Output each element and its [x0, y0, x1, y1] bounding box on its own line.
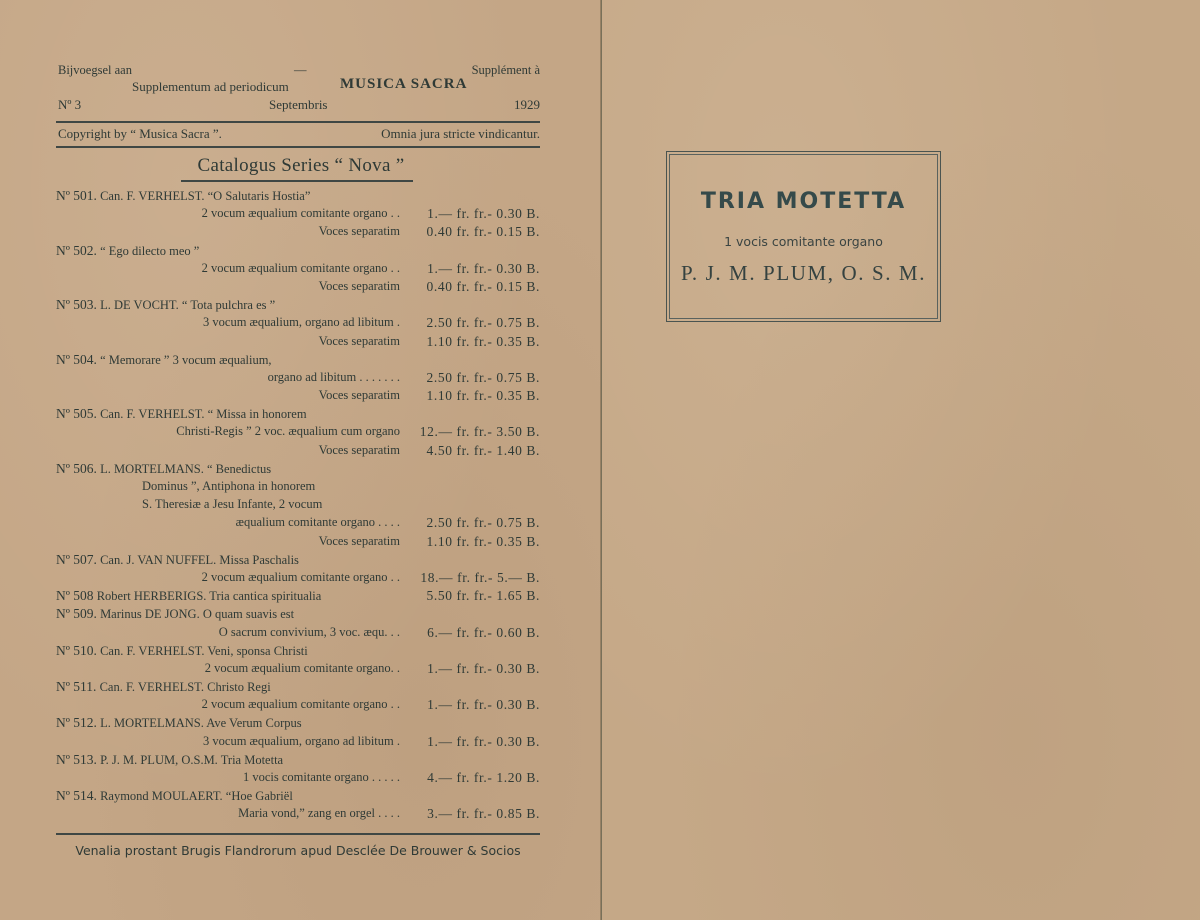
entry-title: Can. F. VERHELST. Christo Regi — [100, 680, 271, 694]
entry-price: 1.10 fr. fr.- 0.35 B. — [427, 534, 540, 550]
entry-number: Nº 506. — [56, 461, 97, 476]
entry-number: Nº 507. — [56, 552, 97, 567]
entry-price: 3.— fr. fr.- 0.85 B. — [427, 806, 540, 822]
catalogue-entry-line: 2 vocum æqualium comitante organo . .1.—… — [56, 261, 540, 279]
issue-year: 1929 — [514, 97, 540, 113]
entry-description: 2 vocum æqualium comitante organo . . — [202, 697, 400, 712]
entry-description: Dominus ”, Antiphona in honorem — [142, 479, 315, 494]
entry-description: Voces separatim — [319, 279, 400, 294]
issue-number: Nº 3 — [58, 97, 81, 113]
entry-description: Voces separatim — [319, 334, 400, 349]
entry-description: 1 vocis comitante organo . . . . . — [243, 770, 400, 785]
entry-price: 18.— fr. fr.- 5.— B. — [420, 570, 540, 586]
entry-description: 2 vocum æqualium comitante organo . . — [202, 261, 400, 276]
catalogue-entry-line: 1 vocis comitante organo . . . . .4.— fr… — [56, 770, 540, 788]
catalogue-entry-line: Christi-Regis ” 2 voc. æqualium cum orga… — [56, 424, 540, 442]
catalogue-entry-head: Nº 505. Can. F. VERHELST. “ Missa in hon… — [56, 406, 540, 424]
catalogue-title: Catalogus Series “ Nova ” — [0, 155, 602, 177]
entry-number: Nº 509. — [56, 606, 97, 621]
entry-number: Nº 504. — [56, 352, 97, 367]
title-box: TRIA MOTETTA 1 vocis comitante organo P.… — [666, 151, 941, 322]
entry-price: 2.50 fr. fr.- 0.75 B. — [427, 370, 540, 386]
publisher-footer: Venalia prostant Brugis Flandrorum apud … — [56, 843, 540, 858]
header-rule-top — [56, 121, 540, 123]
entry-number: Nº 511. — [56, 679, 96, 694]
catalogue-entry-line: 2 vocum æqualium comitante organo . .1.—… — [56, 206, 540, 224]
header-dash: — — [294, 63, 307, 78]
entry-description: Voces separatim — [319, 443, 400, 458]
entry-price: 1.— fr. fr.- 0.30 B. — [427, 206, 540, 222]
header-left-label: Bijvoegsel aan — [58, 63, 132, 78]
header-row-3: Nº 3 Septembris 1929 — [58, 97, 540, 113]
catalogue-entry-line: O sacrum convivium, 3 voc. æqu. . .6.— f… — [56, 625, 540, 643]
catalogue-entry-head: Nº 508 Robert HERBERIGS. Tria cantica sp… — [56, 588, 540, 606]
entry-price: 4.— fr. fr.- 1.20 B. — [427, 770, 540, 786]
entry-description: O sacrum convivium, 3 voc. æqu. . . — [219, 625, 400, 640]
catalogue-entry-line: æqualium comitante organo . . . .2.50 fr… — [56, 515, 540, 533]
catalogue-entry-head: Nº 510. Can. F. VERHELST. Veni, sponsa C… — [56, 643, 540, 661]
entry-description: 3 vocum æqualium, organo ad libitum . — [203, 734, 400, 749]
catalogue-entry-line: Voces separatim1.10 fr. fr.- 0.35 B. — [56, 334, 540, 352]
entry-title: Can. J. VAN NUFFEL. Missa Paschalis — [100, 553, 299, 567]
entry-description: Voces separatim — [319, 534, 400, 549]
entry-number: Nº 510. — [56, 643, 97, 658]
work-author: P. J. M. PLUM, O. S. M. — [670, 261, 937, 286]
catalogue-title-underline — [181, 180, 413, 182]
entry-title: L. MORTELMANS. “ Benedictus — [100, 462, 271, 476]
entry-title: L. MORTELMANS. Ave Verum Corpus — [100, 716, 302, 730]
catalogue-entry-head: Nº 513. P. J. M. PLUM, O.S.M. Tria Motet… — [56, 752, 540, 770]
rights-text: Omnia jura stricte vindicantur. — [381, 126, 540, 142]
entry-title: P. J. M. PLUM, O.S.M. Tria Motetta — [100, 753, 283, 767]
catalogue-entry-line: 2 vocum æqualium comitante organo. .1.— … — [56, 661, 540, 679]
entry-description: Voces separatim — [319, 224, 400, 239]
catalogue-entries: Nº 501. Can. F. VERHELST. “O Salutaris H… — [56, 188, 540, 825]
copyright-row: Copyright by “ Musica Sacra ”. Omnia jur… — [58, 126, 540, 142]
copyright-text: Copyright by “ Musica Sacra ”. — [58, 126, 222, 142]
catalogue-entry-line: Voces separatim1.10 fr. fr.- 0.35 B. — [56, 388, 540, 406]
entry-price: 6.— fr. fr.- 0.60 B. — [427, 625, 540, 641]
entry-description: organo ad libitum . . . . . . . — [268, 370, 400, 385]
entry-number: Nº 503. — [56, 297, 97, 312]
entry-price: 2.50 fr. fr.- 0.75 B. — [427, 315, 540, 331]
entry-price: 2.50 fr. fr.- 0.75 B. — [427, 515, 540, 531]
header-right-label: Supplément à — [472, 63, 540, 78]
catalogue-entry-line: Voces separatim4.50 fr. fr.- 1.40 B. — [56, 443, 540, 461]
catalogue-entry-head: Nº 501. Can. F. VERHELST. “O Salutaris H… — [56, 188, 540, 206]
entry-title: L. DE VOCHT. “ Tota pulchra es ” — [100, 298, 275, 312]
right-page-cover: TRIA MOTETTA 1 vocis comitante organo P.… — [602, 0, 1200, 920]
catalogue-entry-line: Maria vond,” zang en orgel . . . .3.— fr… — [56, 806, 540, 824]
entry-number: Nº 512. — [56, 715, 97, 730]
catalogue-entry-head: Nº 509. Marinus DE JONG. O quam suavis e… — [56, 606, 540, 624]
entry-number: Nº 508 — [56, 588, 94, 603]
entry-description: Voces separatim — [319, 388, 400, 403]
entry-title: Raymond MOULAERT. “Hoe Gabriël — [100, 789, 293, 803]
entry-title: Robert HERBERIGS. Tria cantica spiritual… — [97, 589, 322, 603]
entry-description: 2 vocum æqualium comitante organo . . — [202, 570, 400, 585]
entry-title: Marinus DE JONG. O quam suavis est — [100, 607, 294, 621]
work-subtitle: 1 vocis comitante organo — [670, 234, 937, 249]
entry-title: “ Ego dilecto meo ” — [100, 244, 199, 258]
entry-price: 1.— fr. fr.- 0.30 B. — [427, 734, 540, 750]
periodical-name: MUSICA SACRA — [340, 76, 467, 93]
header-rule-bottom — [56, 146, 540, 148]
entry-price: 1.10 fr. fr.- 0.35 B. — [427, 388, 540, 404]
footer-rule — [56, 833, 540, 835]
entry-price: 0.40 fr. fr.- 0.15 B. — [427, 224, 540, 240]
entry-description: 2 vocum æqualium comitante organo . . — [202, 206, 400, 221]
entry-description: S. Theresiæ a Jesu Infante, 2 vocum — [142, 497, 322, 512]
catalogue-entry-line: 3 vocum æqualium, organo ad libitum .1.—… — [56, 734, 540, 752]
catalogue-entry-line: 2 vocum æqualium comitante organo . .1.—… — [56, 697, 540, 715]
header-row-2: Supplementum ad periodicum MUSICA SACRA — [58, 78, 540, 94]
entry-price: 4.50 fr. fr.- 1.40 B. — [427, 443, 540, 459]
title-box-inner-border: TRIA MOTETTA 1 vocis comitante organo P.… — [669, 154, 938, 319]
entry-number: Nº 502. — [56, 243, 97, 258]
entry-number: Nº 505. — [56, 406, 97, 421]
entry-description: 2 vocum æqualium comitante organo. . — [205, 661, 400, 676]
issue-month: Septembris — [269, 97, 328, 113]
entry-price: 1.— fr. fr.- 0.30 B. — [427, 697, 540, 713]
entry-title: Can. F. VERHELST. “ Missa in honorem — [100, 407, 307, 421]
catalogue-entry-line: Voces separatim0.40 fr. fr.- 0.15 B. — [56, 279, 540, 297]
entry-number: Nº 501. — [56, 188, 97, 203]
entry-title: Can. F. VERHELST. Veni, sponsa Christi — [100, 644, 308, 658]
left-page-catalogue: Bijvoegsel aan — Supplément à Supplement… — [0, 0, 602, 920]
catalogue-entry-line: S. Theresiæ a Jesu Infante, 2 vocum — [56, 497, 540, 515]
entry-description: Christi-Regis ” 2 voc. æqualium cum orga… — [176, 424, 400, 439]
catalogue-entry-head: Nº 512. L. MORTELMANS. Ave Verum Corpus — [56, 715, 540, 733]
catalogue-entry-head: Nº 503. L. DE VOCHT. “ Tota pulchra es ” — [56, 297, 540, 315]
entry-title: Can. F. VERHELST. “O Salutaris Hostia” — [100, 189, 310, 203]
entry-description: æqualium comitante organo . . . . — [236, 515, 400, 530]
entry-description: 3 vocum æqualium, organo ad libitum . — [203, 315, 400, 330]
entry-price: 12.— fr. fr.- 3.50 B. — [420, 424, 540, 440]
catalogue-entry-head: Nº 507. Can. J. VAN NUFFEL. Missa Pascha… — [56, 552, 540, 570]
catalogue-entry-line: 2 vocum æqualium comitante organo . .18.… — [56, 570, 540, 588]
catalogue-entry-head: Nº 514. Raymond MOULAERT. “Hoe Gabriël — [56, 788, 540, 806]
entry-number: Nº 513. — [56, 752, 97, 767]
catalogue-entry-head: Nº 506. L. MORTELMANS. “ Benedictus — [56, 461, 540, 479]
entry-price: 5.50 fr. fr.- 1.65 B. — [427, 588, 540, 604]
catalogue-entry-line: organo ad libitum . . . . . . .2.50 fr. … — [56, 370, 540, 388]
header-subtitle: Supplementum ad periodicum — [132, 79, 289, 95]
catalogue-entry-line: 3 vocum æqualium, organo ad libitum .2.5… — [56, 315, 540, 333]
entry-description: Maria vond,” zang en orgel . . . . — [238, 806, 400, 821]
entry-number: Nº 514. — [56, 788, 97, 803]
catalogue-entry-head: Nº 511. Can. F. VERHELST. Christo Regi — [56, 679, 540, 697]
entry-price: 1.— fr. fr.- 0.30 B. — [427, 261, 540, 277]
entry-title: “ Memorare ” 3 vocum æqualium, — [100, 353, 271, 367]
catalogue-entry-head: Nº 504. “ Memorare ” 3 vocum æqualium, — [56, 352, 540, 370]
catalogue-entry-line: Voces separatim1.10 fr. fr.- 0.35 B. — [56, 534, 540, 552]
header-row-1: Bijvoegsel aan — Supplément à — [58, 63, 540, 79]
entry-price: 1.10 fr. fr.- 0.35 B. — [427, 334, 540, 350]
catalogue-entry-head: Nº 502. “ Ego dilecto meo ” — [56, 243, 540, 261]
catalogue-entry-line: Dominus ”, Antiphona in honorem — [56, 479, 540, 497]
work-title: TRIA MOTETTA — [670, 189, 937, 214]
entry-price: 1.— fr. fr.- 0.30 B. — [427, 661, 540, 677]
catalogue-entry-line: Voces separatim0.40 fr. fr.- 0.15 B. — [56, 224, 540, 242]
entry-price: 0.40 fr. fr.- 0.15 B. — [427, 279, 540, 295]
